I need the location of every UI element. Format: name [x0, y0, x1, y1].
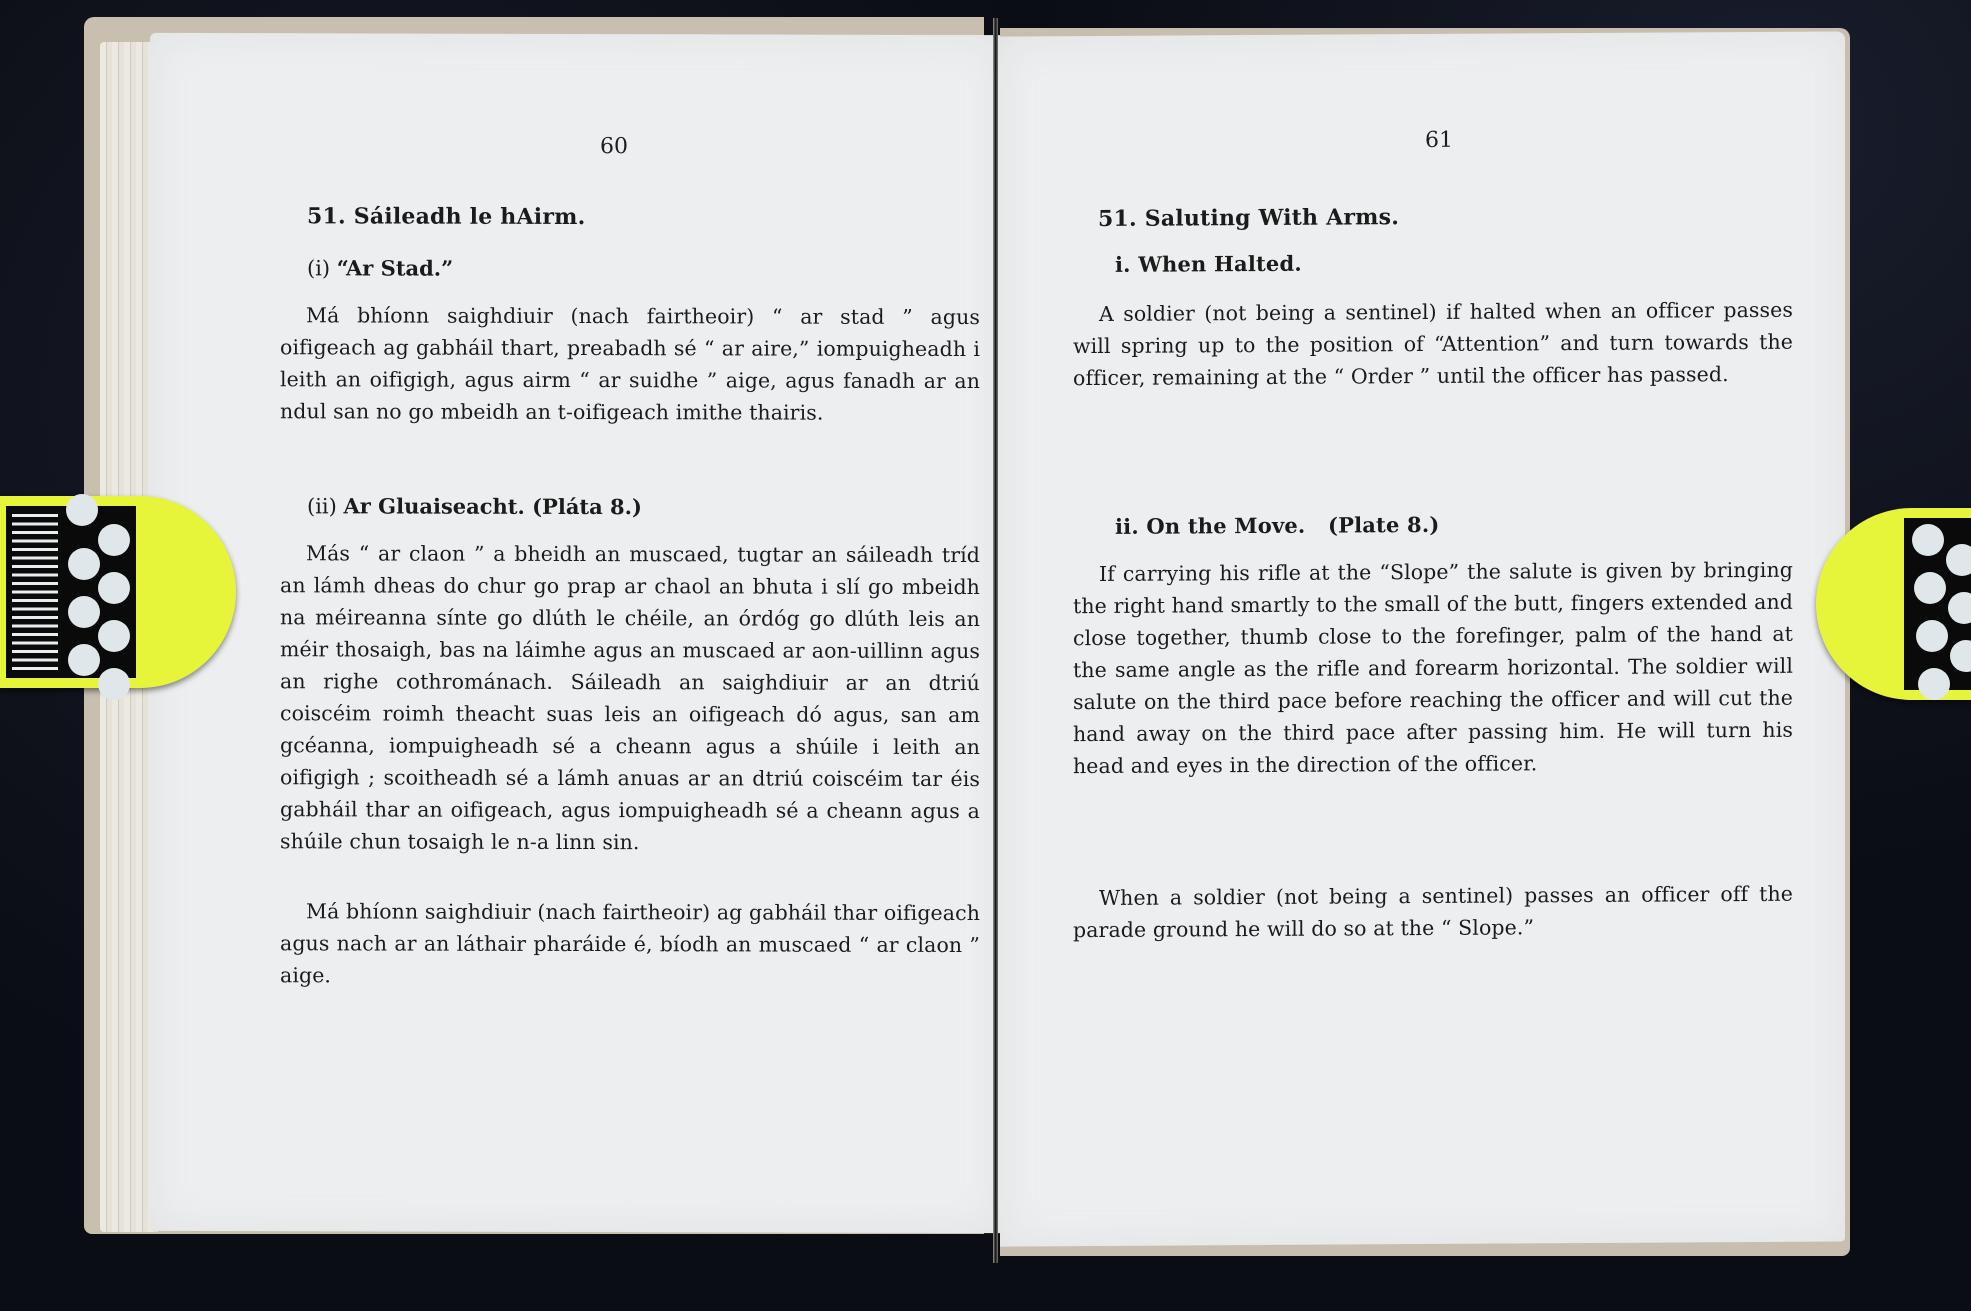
dot [1950, 640, 1971, 672]
dot [1918, 668, 1950, 700]
dot [98, 572, 130, 604]
dot [98, 620, 130, 652]
dot [1912, 524, 1944, 556]
clip-pattern [1904, 518, 1971, 690]
dot [98, 668, 130, 700]
paragraph-ar-stad: Má bhíonn saighdiuir (nach fairtheoir) “… [280, 299, 980, 429]
paragraph-when-halted: A soldier (not being a sentinel) if halt… [1073, 294, 1793, 394]
subsection-title: “Ar Stad.” [337, 255, 453, 280]
page-number-left: 60 [600, 134, 628, 159]
subsection-title-when-halted: i. When Halted. [1115, 251, 1302, 277]
subsection-heading-ar-gluaiseacht: (ii) Ar Gluaiseacht. (Pláta 8.) [307, 493, 642, 519]
right-page: 61 51. Saluting With Arms. i. When Halte… [1000, 31, 1845, 1246]
page-clip-left[interactable] [0, 496, 236, 688]
dot [68, 548, 100, 580]
dot [68, 596, 100, 628]
section-title-irish: 51. Sáileadh le hAirm. [307, 203, 585, 230]
paragraph-ar-gluaiseacht-2: Má bhíonn saighdiuir (nach fairtheoir) a… [280, 895, 980, 993]
dot [1916, 620, 1948, 652]
dot [98, 524, 130, 556]
page-number-right: 61 [1425, 128, 1453, 153]
subsection-heading-ar-stad: (i) “Ar Stad.” [307, 255, 453, 280]
paragraph-ar-gluaiseacht-1: Más “ ar claon ” a bheidh an muscaed, tu… [280, 537, 980, 859]
paragraph-on-the-move-1: If carrying his rifle at the “Slope” the… [1073, 554, 1793, 782]
stripes-pattern [12, 514, 58, 670]
section-title-english: 51. Saluting With Arms. [1098, 204, 1399, 232]
subsection-title: Ar Gluaiseacht. (Pláta 8.) [344, 493, 642, 519]
dot [1948, 592, 1971, 624]
subsection-title-on-the-move: ii. On the Move. (Plate 8.) [1115, 512, 1440, 539]
paragraph-on-the-move-2: When a soldier (not being a sentinel) pa… [1073, 878, 1793, 946]
left-page: 60 51. Sáileadh le hAirm. (i) “Ar Stad.”… [150, 33, 1000, 1233]
dot [68, 644, 100, 676]
subsection-label: (ii) [307, 494, 337, 518]
dot [1914, 572, 1946, 604]
dot [66, 494, 98, 526]
subsection-label: (i) [307, 256, 330, 280]
dot [1946, 544, 1971, 576]
book-spine-gutter [993, 18, 998, 1263]
clip-pattern [6, 506, 136, 678]
